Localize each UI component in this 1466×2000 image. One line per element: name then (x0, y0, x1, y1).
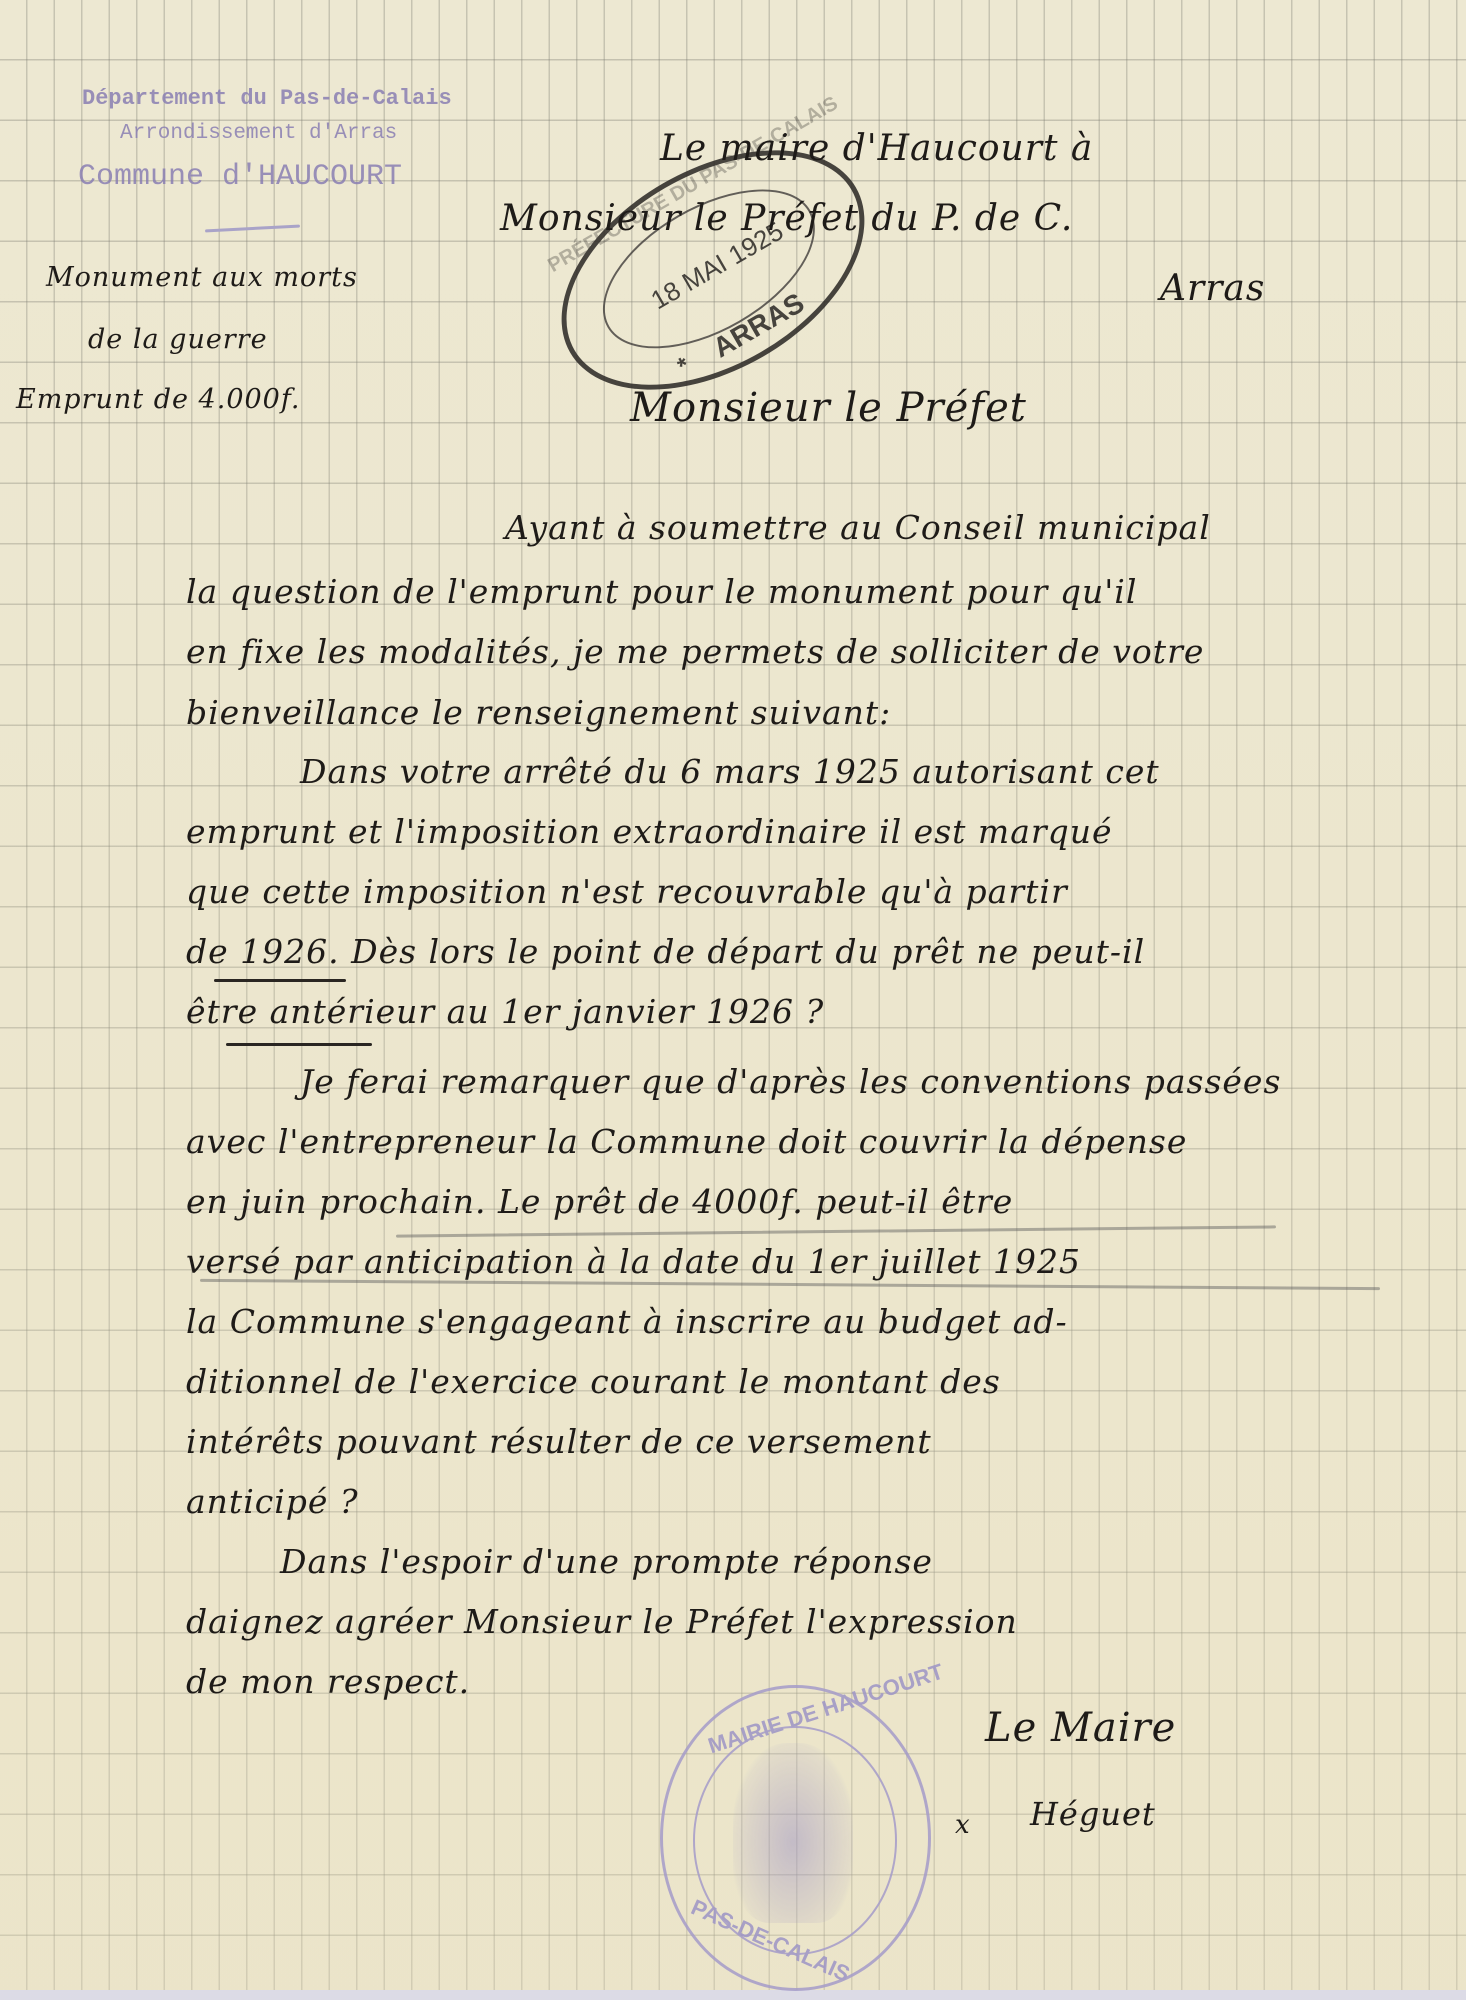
dept-stamp-line1: Département du Pas-de-Calais (82, 86, 452, 111)
prefecture-stamp-star-icon: * (673, 352, 695, 381)
header-from: Le maire d'Haucourt à (660, 128, 1093, 169)
body-line: anticipé ? (186, 1482, 359, 1521)
margin-note-line2: de la guerre (88, 320, 268, 360)
body-line: Dans votre arrêté du 6 mars 1925 autoris… (300, 752, 1160, 791)
mairie-seal-stamp: MAIRIE DE HAUCOURT PAS-DE-CALAIS (660, 1685, 931, 1991)
body-line: être antérieur au 1er janvier 1926 ? (186, 992, 824, 1031)
signature-mark: x (955, 1810, 971, 1840)
scan-bottom-edge (0, 1990, 1466, 2000)
salutation: Monsieur le Préfet (630, 385, 1027, 431)
body-line: la question de l'emprunt pour le monumen… (186, 572, 1137, 611)
body-line: que cette imposition n'est recouvrable q… (186, 872, 1068, 911)
underline-anterieur (226, 1043, 372, 1046)
body-line: la Commune s'engageant à inscrire au bud… (186, 1302, 1068, 1341)
body-line: Ayant à soumettre au Conseil municipal (505, 508, 1211, 547)
body-line: intérêts pouvant résulter de ce versemen… (186, 1422, 932, 1461)
body-line: en juin prochain. Le prêt de 4000f. peut… (186, 1182, 1013, 1221)
dept-stamp-line3: Commune d'HAUCOURT (78, 160, 402, 194)
body-line: en fixe les modalités, je me permets de … (186, 632, 1204, 671)
signature-name: Héguet (1030, 1795, 1156, 1833)
body-line: ditionnel de l'exercice courant le monta… (186, 1362, 1001, 1401)
underline-1926 (214, 979, 346, 982)
body-line: bienveillance le renseignement suivant: (186, 693, 891, 732)
dept-stamp-line2: Arrondissement d'Arras (120, 122, 397, 145)
signature-title: Le Maire (985, 1705, 1176, 1751)
header-city: Arras (1160, 268, 1265, 309)
marianne-figure-icon (733, 1743, 853, 1923)
body-line: emprunt et l'imposition extraordinaire i… (186, 812, 1113, 851)
body-line: de 1926. Dès lors le point de départ du … (186, 932, 1145, 971)
body-line: Je ferai remarquer que d'après les conve… (300, 1062, 1281, 1101)
body-line: de mon respect. (186, 1662, 470, 1701)
body-line: Dans l'espoir d'une prompte réponse (280, 1542, 933, 1581)
body-line: versé par anticipation à la date du 1er … (186, 1242, 1081, 1281)
body-line: avec l'entrepreneur la Commune doit couv… (186, 1122, 1187, 1161)
margin-note-line3: Emprunt de 4.000f. (16, 380, 300, 420)
margin-note-line1: Monument aux morts (46, 258, 358, 298)
body-line: daignez agréer Monsieur le Préfet l'expr… (186, 1602, 1018, 1641)
header-to: Monsieur le Préfet du P. de C. (500, 198, 1073, 239)
